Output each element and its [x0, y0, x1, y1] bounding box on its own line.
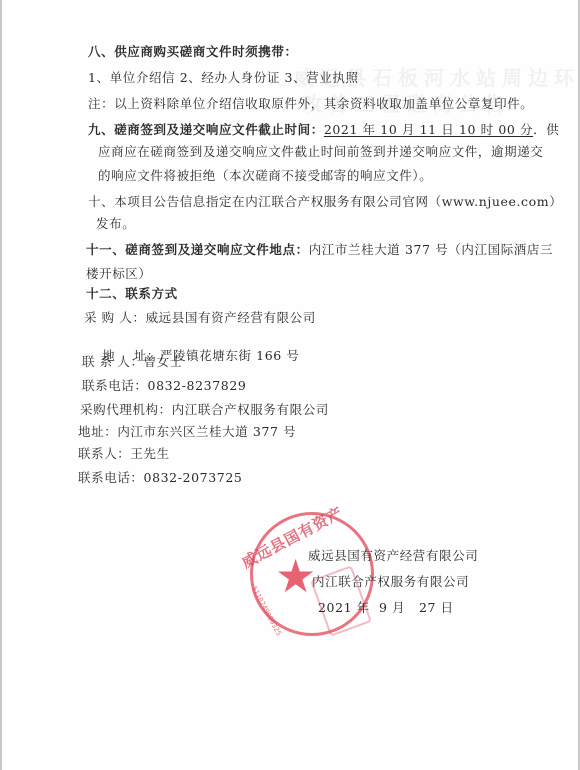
agency-address-row: 地址：内江市东兴区兰桂大道 377 号 [78, 424, 296, 440]
section9-heading: 九、磋商签到及递交响应文件截止时间： [88, 122, 324, 137]
phone-value: 0832-8237829 [148, 378, 247, 393]
section11-value: 内江市兰桂大道 377 号（内江国际酒店三 [309, 242, 553, 257]
agency-phone-label: 联系电话： [78, 470, 144, 485]
agency-contact-label: 联系人： [78, 446, 130, 461]
contact-row: 联 系 人：曾女士 [82, 354, 183, 370]
signature-date: 2021 年 9 月 27 日 [318, 598, 454, 616]
section10-line1: 十、本项目公告信息指定在内江联合产权服务有限公司官网（www.njuee.com… [88, 194, 562, 210]
section9-tail: ．供 [533, 122, 559, 137]
section11-line1: 十一、磋商签到及递交响应文件地点：内江市兰桂大道 377 号（内江国际酒店三 [86, 242, 553, 258]
signature-org2: 内江联合产权服务有限公司 [312, 572, 469, 590]
agency-contact-row: 联系人：王先生 [78, 446, 170, 462]
signature-org1: 威远县国有资产经营有限公司 [308, 546, 478, 564]
section8-note: 注：以上资料除单位介绍信收取原件外，其余资料收取加盖单位公章复印件。 [88, 96, 533, 112]
agency-phone-value: 0832-2073725 [144, 470, 243, 485]
agency-address-value: 内江市东兴区兰桂大道 377 号 [117, 424, 296, 439]
section10-line2: 发布。 [96, 216, 135, 232]
document-page: 威远县石板河水站周边环境 改善工程磋商公告 八、供应商购买磋商文件时须携带： 1… [0, 0, 580, 770]
agency-address-label: 地址： [78, 424, 117, 439]
section8-items: 1、单位介绍信 2、经办人身份证 3、营业执照 [88, 70, 359, 86]
section9-line1: 九、磋商签到及递交响应文件截止时间：2021 年 10 月 11 日 10 时 … [88, 122, 559, 138]
section8-heading: 八、供应商购买磋商文件时须携带： [88, 44, 298, 60]
purchaser-row: 采 购 人：威远县国有资产经营有限公司 [84, 310, 316, 326]
section9-line3: 的响应文件将被拒绝（本次磋商不接受邮寄的响应文件）。 [98, 168, 432, 184]
phone-label: 联系电话： [82, 378, 148, 393]
agency-phone-row: 联系电话：0832-2073725 [78, 470, 242, 486]
contact-value: 曾女士 [144, 354, 183, 369]
section12-heading: 十二、联系方式 [86, 286, 178, 302]
agency-label: 采购代理机构： [80, 402, 172, 417]
agency-value: 内江联合产权服务有限公司 [172, 402, 329, 417]
section11-heading: 十一、磋商签到及递交响应文件地点： [86, 242, 309, 257]
purchaser-value: 威远县国有资产经营有限公司 [146, 310, 316, 325]
purchaser-label: 采 购 人： [84, 310, 146, 325]
phone-row: 联系电话：0832-8237829 [82, 378, 246, 394]
contact-label: 联 系 人： [82, 354, 144, 369]
agency-contact-value: 王先生 [130, 446, 169, 461]
agency-row: 采购代理机构：内江联合产权服务有限公司 [80, 402, 329, 418]
section9-line2: 应商应在磋商签到及递交响应文件截止时间前签到并递交响应文件，逾期递交 [98, 144, 543, 160]
section11-line2: 楼开标区） [86, 266, 152, 282]
deadline-value: 2021 年 10 月 11 日 10 时 00 分 [324, 122, 533, 137]
